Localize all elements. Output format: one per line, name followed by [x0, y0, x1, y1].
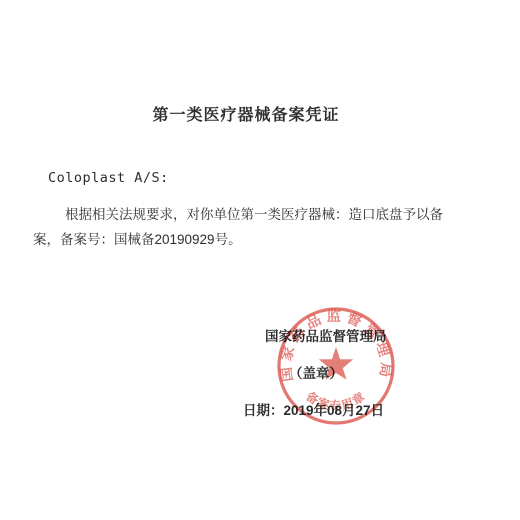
seal-placeholder-label: （盖章）: [289, 362, 343, 382]
issue-date: 日期：2019年08月27日: [243, 399, 384, 419]
body-text-line-1: 根据相关法规要求，对你单位第一类医疗器械：造口底盘予以备: [65, 203, 443, 223]
certificate-document: 第一类医疗器械备案凭证 Coloplast A/S: 根据相关法规要求，对你单位…: [0, 0, 520, 520]
recipient-name: Coloplast A/S:: [48, 170, 169, 186]
document-title: 第一类医疗器械备案凭证: [0, 102, 492, 125]
issuing-agency-name: 国家药品监督管理局: [265, 325, 387, 345]
body-text-line-2: 案，备案号：国械备20190929号。: [33, 228, 242, 248]
